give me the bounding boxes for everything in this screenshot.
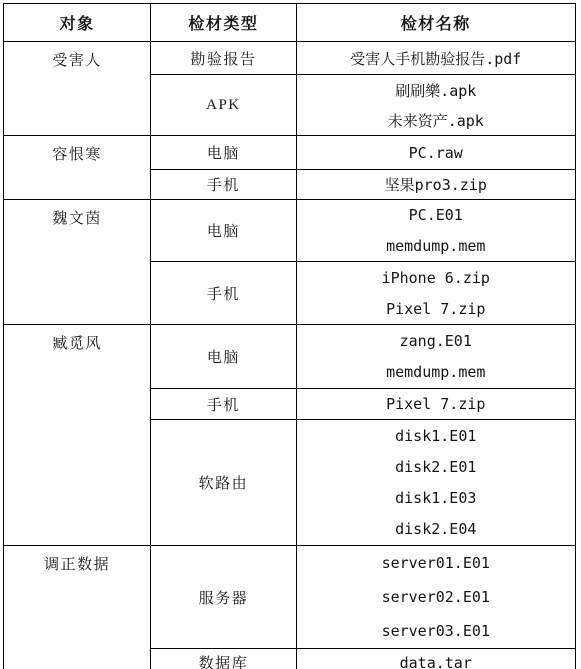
- subject-cell: 调正数据: [4, 546, 151, 669]
- table-row: 魏文茵电脑PC.E01memdump.mem: [4, 200, 576, 262]
- file-name: disk2.E04: [297, 514, 576, 545]
- material-type-cell: 手机: [151, 262, 296, 325]
- material-name-cell: PC.E01memdump.mem: [296, 200, 576, 262]
- material-name-cell: data.tar: [296, 649, 576, 669]
- file-name: PC.E01: [297, 200, 576, 231]
- file-name: server01.E01: [297, 546, 576, 580]
- material-type-cell: 软路由: [151, 420, 296, 546]
- material-name-cell: Pixel 7.zip: [296, 389, 576, 420]
- file-name: zang.E01: [297, 325, 576, 357]
- file-name: server03.E01: [297, 614, 576, 648]
- material-type-cell: 电脑: [151, 136, 296, 170]
- table-row: 容恨寒电脑PC.raw: [4, 136, 576, 170]
- file-name: disk1.E03: [297, 483, 576, 514]
- file-name: Pixel 7.zip: [297, 389, 576, 419]
- material-name-cell: iPhone 6.zipPixel 7.zip: [296, 262, 576, 325]
- file-name: server02.E01: [297, 580, 576, 614]
- file-name: disk1.E01: [297, 420, 576, 451]
- material-name-cell: server01.E01server02.E01server03.E01: [296, 546, 576, 649]
- material-type-cell: 数据库: [151, 649, 296, 669]
- subject-cell: 受害人: [4, 42, 151, 136]
- table-body: 受害人勘验报告受害人手机勘验报告.pdfAPK刷刷樂.apk未来资产.apk容恨…: [4, 42, 576, 669]
- column-header-material-name: 检材名称: [296, 4, 576, 42]
- file-name: memdump.mem: [297, 231, 576, 262]
- file-name: data.tar: [297, 649, 576, 669]
- evidence-table: 对象 检材类型 检材名称 受害人勘验报告受害人手机勘验报告.pdfAPK刷刷樂.…: [3, 3, 576, 669]
- file-name: PC.raw: [297, 136, 576, 169]
- file-name: 刷刷樂.apk: [297, 75, 576, 105]
- file-name: memdump.mem: [297, 357, 576, 389]
- column-header-material-type: 检材类型: [151, 4, 296, 42]
- material-type-cell: 手机: [151, 389, 296, 420]
- column-header-subject: 对象: [4, 4, 151, 42]
- table-header: 对象 检材类型 检材名称: [4, 4, 576, 42]
- material-type-cell: 勘验报告: [151, 42, 296, 75]
- table-row: 受害人勘验报告受害人手机勘验报告.pdf: [4, 42, 576, 75]
- file-name: Pixel 7.zip: [297, 293, 576, 324]
- file-name: 受害人手机勘验报告.pdf: [297, 42, 576, 74]
- material-type-cell: 电脑: [151, 325, 296, 389]
- header-row: 对象 检材类型 检材名称: [4, 4, 576, 42]
- material-name-cell: PC.raw: [296, 136, 576, 170]
- material-name-cell: 刷刷樂.apk未来资产.apk: [296, 75, 576, 136]
- subject-cell: 臧觅风: [4, 325, 151, 546]
- material-name-cell: 坚果pro3.zip: [296, 170, 576, 200]
- material-type-cell: 服务器: [151, 546, 296, 649]
- material-type-cell: 手机: [151, 170, 296, 200]
- file-name: iPhone 6.zip: [297, 262, 576, 293]
- material-name-cell: zang.E01memdump.mem: [296, 325, 576, 389]
- subject-cell: 容恨寒: [4, 136, 151, 200]
- material-name-cell: 受害人手机勘验报告.pdf: [296, 42, 576, 75]
- material-name-cell: disk1.E01disk2.E01disk1.E03disk2.E04: [296, 420, 576, 546]
- table-row: 调正数据服务器server01.E01server02.E01server03.…: [4, 546, 576, 649]
- file-name: 未来资产.apk: [297, 105, 576, 135]
- document-page: 对象 检材类型 检材名称 受害人勘验报告受害人手机勘验报告.pdfAPK刷刷樂.…: [0, 3, 581, 669]
- table-row: 臧觅风电脑zang.E01memdump.mem: [4, 325, 576, 389]
- file-name: disk2.E01: [297, 451, 576, 482]
- subject-cell: 魏文茵: [4, 200, 151, 325]
- file-name: 坚果pro3.zip: [297, 170, 576, 199]
- material-type-cell: APK: [151, 75, 296, 136]
- material-type-cell: 电脑: [151, 200, 296, 262]
